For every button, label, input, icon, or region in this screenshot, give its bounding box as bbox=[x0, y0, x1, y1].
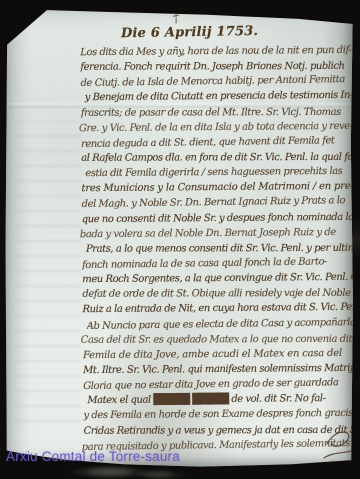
archive-watermark: Arxiu Comtal de Torre-saura bbox=[6, 449, 180, 464]
manuscript-text-block: Los dits dia Mes y añy, hora de las nou … bbox=[80, 43, 356, 454]
signature-paraph-icon bbox=[317, 424, 360, 476]
manuscript-line: Ab Nuncio para que es electa de dita Cas… bbox=[87, 315, 355, 334]
manuscript-line: y des Femila en horde de son Exame despr… bbox=[83, 406, 355, 424]
table-surface-spot bbox=[142, 471, 172, 477]
invocation-cross-mark: † bbox=[172, 10, 181, 26]
manuscript-line: defat de orde de dit St. Obique alli res… bbox=[82, 286, 354, 302]
manuscript-page: † Die 6 Aprilij 1753. Los dits dia Mes y… bbox=[5, 6, 354, 468]
manuscript-line: y Benejam de dita Ciutatt en presencia d… bbox=[85, 88, 353, 105]
manuscript-line: estia dit Femila digerirla / sens hagues… bbox=[85, 164, 353, 181]
verso-ink-bleedthrough bbox=[15, 121, 81, 431]
table-surface-spot bbox=[88, 468, 132, 476]
manuscript-line: Los dits dia Mes y añy, hora de las nou … bbox=[80, 43, 352, 61]
date-heading: Die 6 Aprilij 1753. bbox=[121, 24, 271, 42]
scanned-manuscript-photo: † Die 6 Aprilij 1753. Los dits dia Mes y… bbox=[0, 0, 360, 479]
manuscript-line: Femila de dita Jove, ambe acudi el Matex… bbox=[83, 346, 355, 364]
manuscript-line: bada y volera sa del Noble Dn. Bernat Jo… bbox=[80, 225, 354, 243]
